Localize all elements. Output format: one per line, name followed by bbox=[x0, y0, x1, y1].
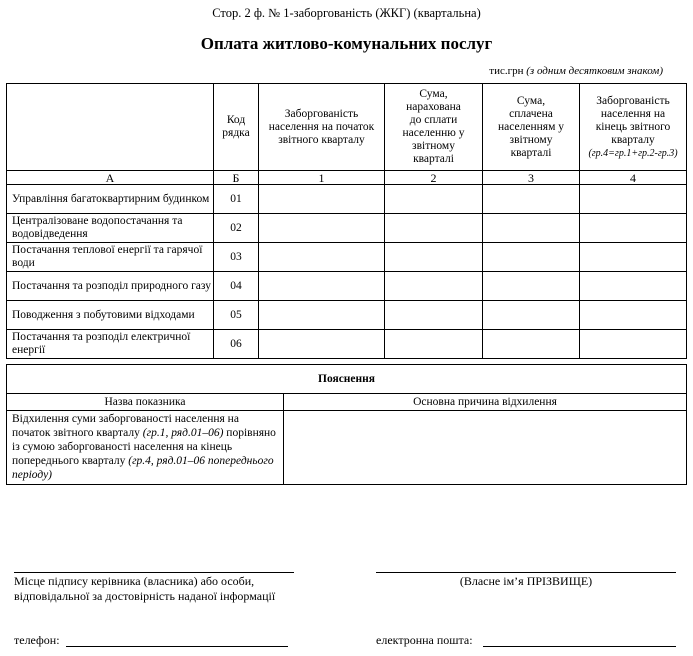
explanation-table: Пояснення Назва показника Основна причин… bbox=[6, 364, 687, 485]
signature-line[interactable] bbox=[14, 572, 294, 573]
explanation-header-row: Назва показника Основна причина відхилен… bbox=[7, 394, 687, 411]
cell-col4[interactable] bbox=[580, 301, 687, 330]
name-line[interactable] bbox=[376, 572, 676, 573]
table-row: Постачання та розподіл природного газу 0… bbox=[7, 272, 687, 301]
cell-col1[interactable] bbox=[259, 185, 385, 214]
cell-col2[interactable] bbox=[385, 272, 483, 301]
table-row: Постачання та розподіл електричної енерг… bbox=[7, 330, 687, 359]
cell-col2[interactable] bbox=[385, 301, 483, 330]
explanation-col-reason: Основна причина відхилення bbox=[284, 394, 687, 411]
explanation-col-name: Назва показника bbox=[7, 394, 284, 411]
header-col1: Заборгованість населення на початок звіт… bbox=[259, 84, 385, 171]
cell-col2[interactable] bbox=[385, 243, 483, 272]
row-label: Постачання теплової енергії та гарячої в… bbox=[7, 243, 214, 272]
deviation-ref-1: (гр.1, ряд.01–06) bbox=[143, 427, 224, 439]
row-label: Управління багатоквартирним будинком bbox=[7, 185, 214, 214]
row-code: 03 bbox=[214, 243, 259, 272]
units-note: тис.грн (з одним десятковим знаком) bbox=[489, 65, 663, 77]
header-name bbox=[7, 84, 214, 171]
cell-col3[interactable] bbox=[483, 185, 580, 214]
deviation-description: Відхилення суми заборгованості населення… bbox=[7, 411, 284, 485]
table-row: Управління багатоквартирним будинком 01 bbox=[7, 185, 687, 214]
cell-col2[interactable] bbox=[385, 185, 483, 214]
cell-col1[interactable] bbox=[259, 214, 385, 243]
explanation-title: Пояснення bbox=[7, 365, 687, 394]
row-label: Постачання та розподіл природного газу bbox=[7, 272, 214, 301]
letter-a: А bbox=[7, 171, 214, 185]
table-row: Централізоване водопостачання та водовід… bbox=[7, 214, 687, 243]
row-code: 02 bbox=[214, 214, 259, 243]
explanation-title-row: Пояснення bbox=[7, 365, 687, 394]
row-code: 01 bbox=[214, 185, 259, 214]
table-row: Поводження з побутовими відходами 05 bbox=[7, 301, 687, 330]
cell-col2[interactable] bbox=[385, 214, 483, 243]
cell-col1[interactable] bbox=[259, 272, 385, 301]
letter-2: 2 bbox=[385, 171, 483, 185]
letter-4: 4 bbox=[580, 171, 687, 185]
header-col4-label: Заборгованість населення на кінець звітн… bbox=[582, 95, 684, 147]
cell-col3[interactable] bbox=[483, 272, 580, 301]
row-label: Поводження з побутовими відходами bbox=[7, 301, 214, 330]
table-header-row: Код рядка Заборгованість населення на по… bbox=[7, 84, 687, 171]
header-col2: Сума, нарахована до сплати населенню у з… bbox=[385, 84, 483, 171]
debt-table: Код рядка Заборгованість населення на по… bbox=[6, 83, 687, 359]
letter-1: 1 bbox=[259, 171, 385, 185]
phone-field[interactable] bbox=[66, 646, 288, 647]
phone-label: телефон: bbox=[14, 633, 60, 648]
page-header: Стор. 2 ф. № 1-заборгованість (ЖКГ) (ква… bbox=[0, 6, 693, 21]
cell-col4[interactable] bbox=[580, 243, 687, 272]
column-letters-row: А Б 1 2 3 4 bbox=[7, 171, 687, 185]
cell-col3[interactable] bbox=[483, 214, 580, 243]
header-col4-formula: (гр.4=гр.1+гр.2-гр.3) bbox=[582, 147, 684, 160]
header-col4: Заборгованість населення на кінець звітн… bbox=[580, 84, 687, 171]
cell-col3[interactable] bbox=[483, 243, 580, 272]
row-code: 05 bbox=[214, 301, 259, 330]
letter-b: Б bbox=[214, 171, 259, 185]
cell-col1[interactable] bbox=[259, 301, 385, 330]
header-col3: Сума, сплачена населенням у звітному ква… bbox=[483, 84, 580, 171]
email-label: електронна пошта: bbox=[376, 633, 473, 648]
table-row: Постачання теплової енергії та гарячої в… bbox=[7, 243, 687, 272]
cell-col2[interactable] bbox=[385, 330, 483, 359]
cell-col4[interactable] bbox=[580, 214, 687, 243]
units-precision-note: (з одним десятковим знаком) bbox=[526, 65, 663, 77]
cell-col4[interactable] bbox=[580, 185, 687, 214]
units-label: тис.грн bbox=[489, 65, 523, 77]
letter-3: 3 bbox=[483, 171, 580, 185]
row-label: Постачання та розподіл електричної енерг… bbox=[7, 330, 214, 359]
cell-col1[interactable] bbox=[259, 330, 385, 359]
row-label: Централізоване водопостачання та водовід… bbox=[7, 214, 214, 243]
name-caption: (Власне ім’я ПРІЗВИЩЕ) bbox=[376, 574, 676, 589]
cell-col3[interactable] bbox=[483, 330, 580, 359]
row-code: 06 bbox=[214, 330, 259, 359]
cell-col3[interactable] bbox=[483, 301, 580, 330]
deviation-reason-field[interactable] bbox=[284, 411, 687, 485]
page-title: Оплата житлово-комунальних послуг bbox=[0, 34, 693, 54]
cell-col1[interactable] bbox=[259, 243, 385, 272]
header-code: Код рядка bbox=[214, 84, 259, 171]
signature-caption: Місце підпису керівника (власника) або о… bbox=[14, 574, 314, 604]
explanation-row: Відхилення суми заборгованості населення… bbox=[7, 411, 687, 485]
email-field[interactable] bbox=[483, 646, 676, 647]
cell-col4[interactable] bbox=[580, 330, 687, 359]
row-code: 04 bbox=[214, 272, 259, 301]
cell-col4[interactable] bbox=[580, 272, 687, 301]
